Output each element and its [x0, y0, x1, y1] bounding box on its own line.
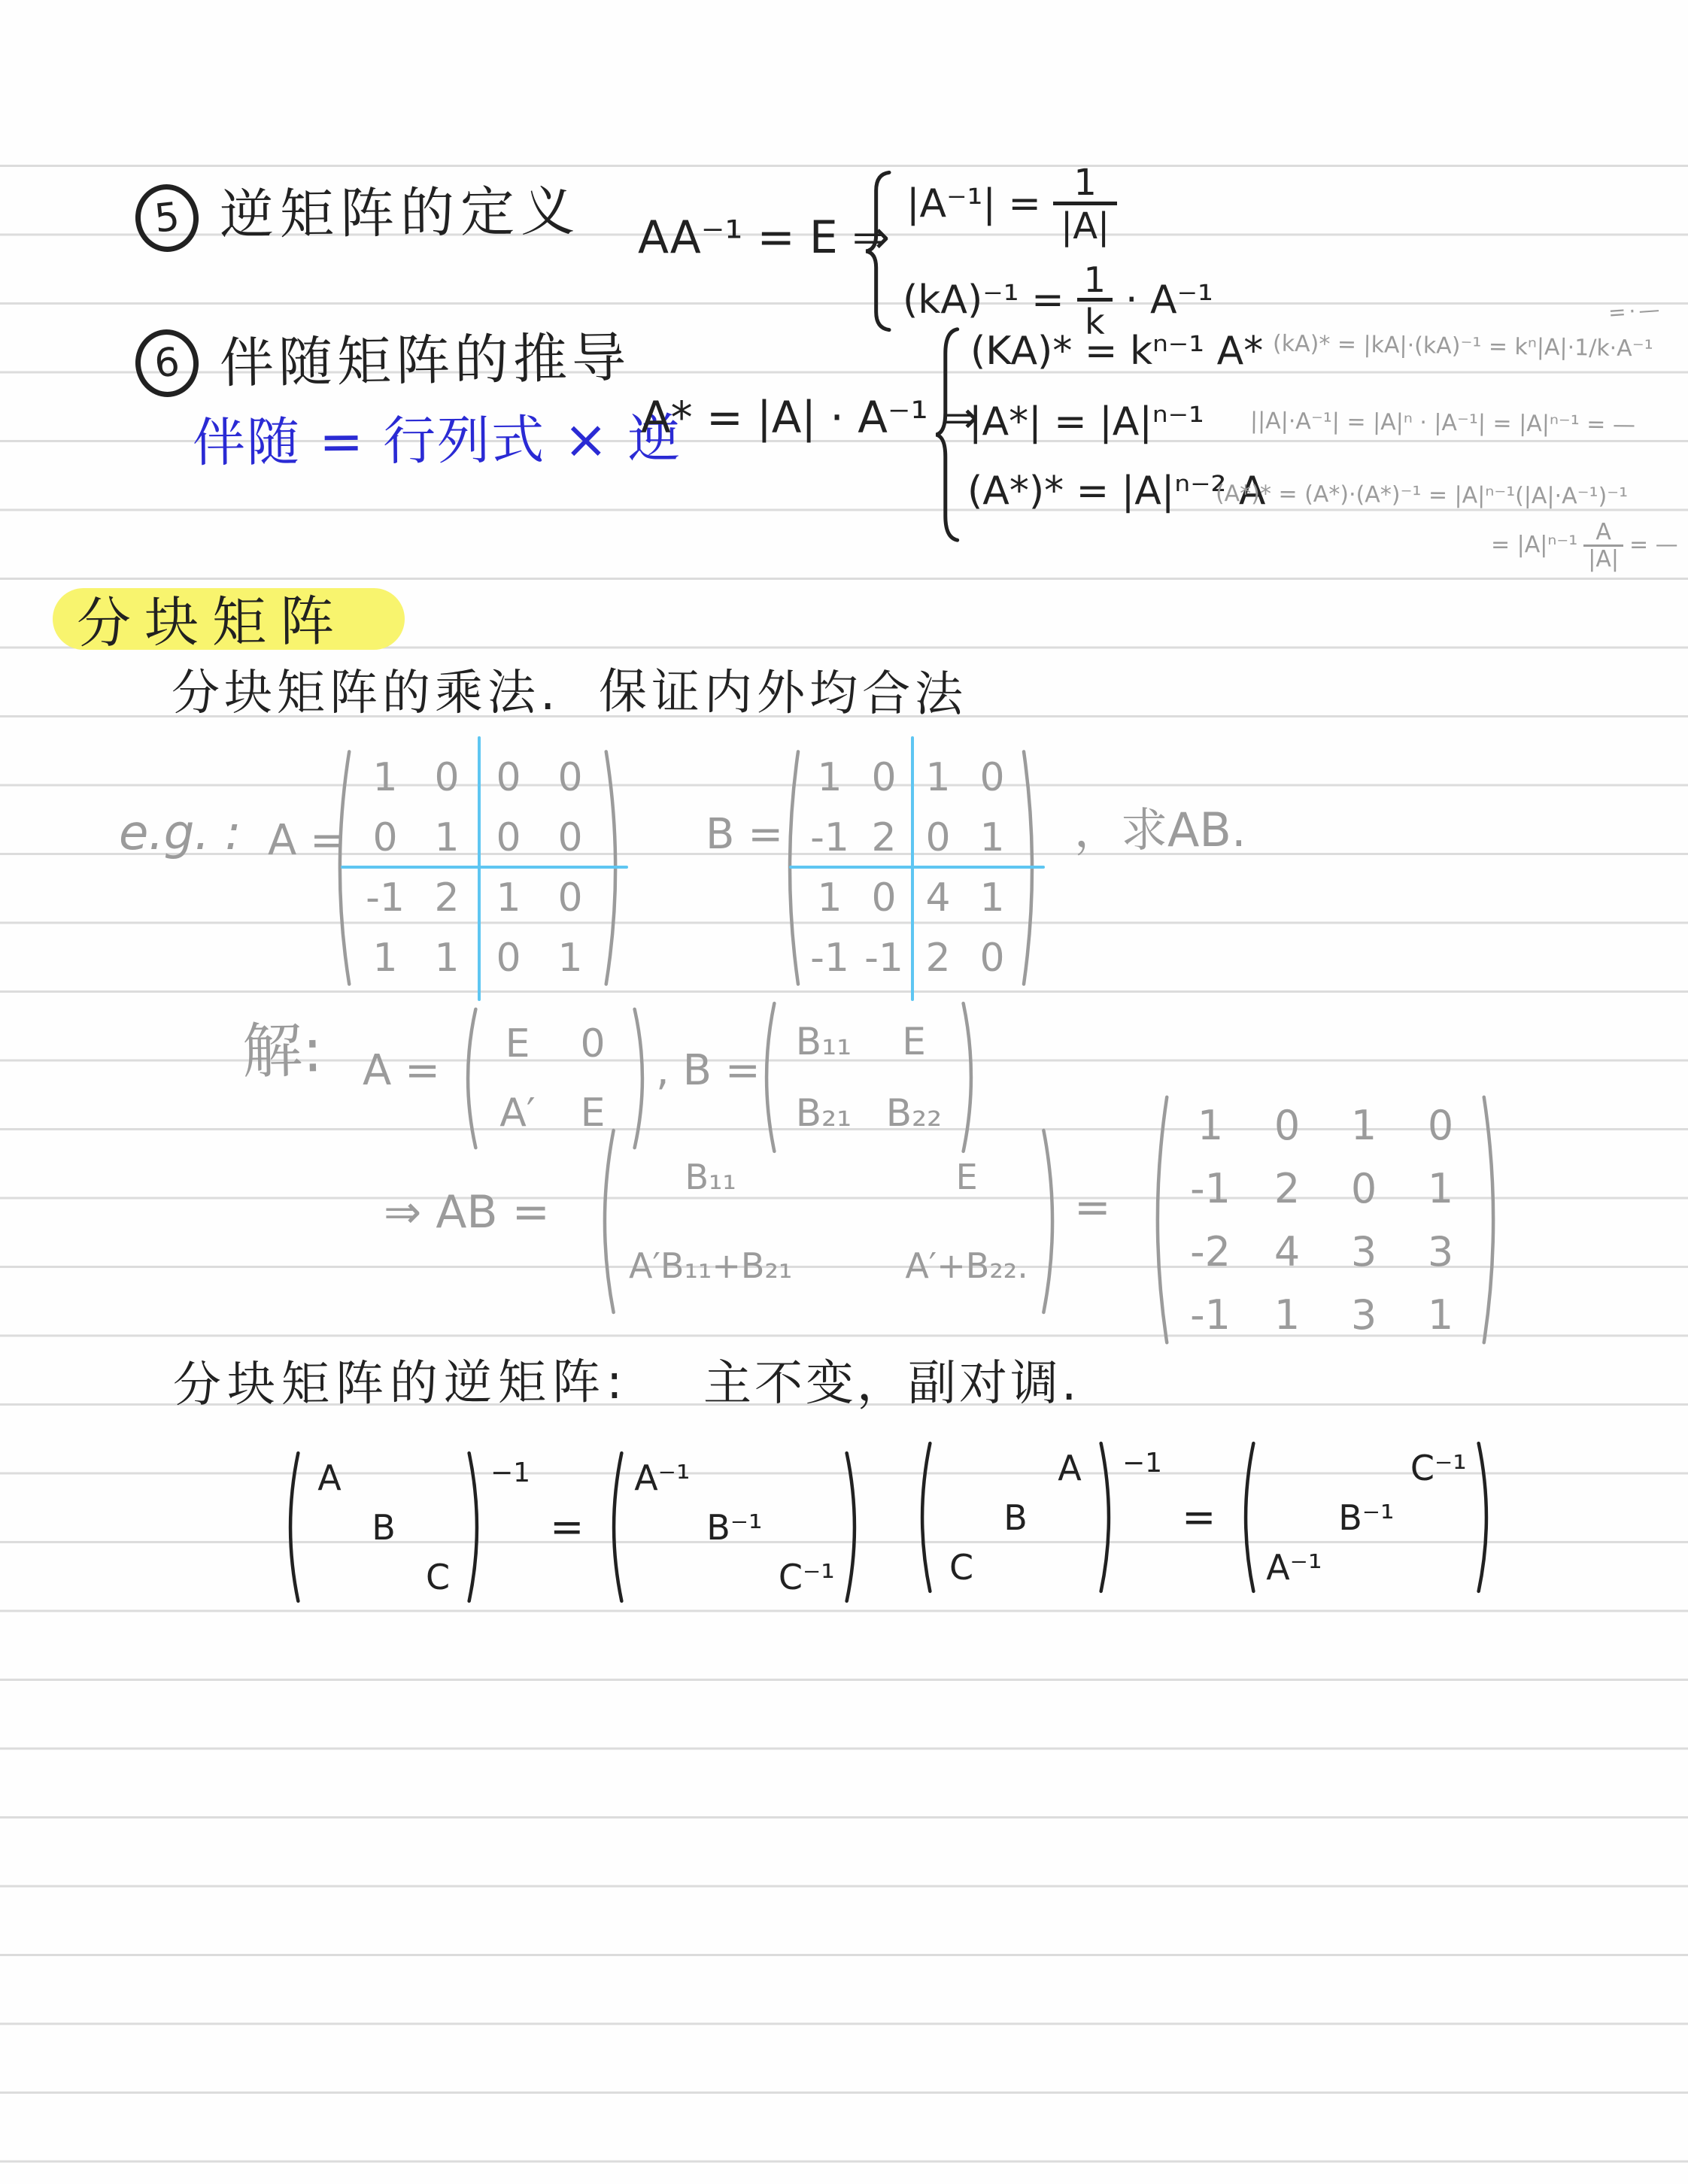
- matrix-cell: A′B₁₁+B₂₁: [629, 1245, 792, 1286]
- item6-title: 伴随矩阵的推导: [219, 326, 630, 394]
- item6-blue-annotation: 伴随 = 行列式 × 逆: [193, 408, 682, 473]
- matrix-cell: 1: [979, 875, 1004, 921]
- left-paren-icon: [593, 1127, 618, 1316]
- matrix-cell: 0: [496, 936, 521, 981]
- matrix-cell: 3: [1351, 1228, 1377, 1276]
- matrix-cell: 1: [1428, 1291, 1453, 1339]
- right-paren-icon: [842, 1450, 865, 1604]
- matrix-cell: B₁₁: [796, 1020, 852, 1063]
- matrix-cell: A⁻¹: [634, 1458, 690, 1498]
- matrix-cell: 0: [557, 815, 582, 860]
- inverse-diagonal-formula: ABC −1 = A⁻¹B⁻¹C⁻¹: [280, 1450, 865, 1604]
- matrix-cell: 0: [557, 875, 582, 921]
- pencil-derivation-note-1: (kA)* = |kA|·(kA)⁻¹ = kⁿ|A|·1/k·A⁻¹: [1273, 331, 1653, 362]
- matrix-cell: 1: [1351, 1102, 1377, 1149]
- block-multiply-label: 分块矩阵的乘法.: [172, 666, 560, 722]
- matrix-cell: 0: [557, 755, 582, 800]
- right-paren-icon: [1474, 1440, 1497, 1594]
- inverse-antidiagonal-formula: ABC −1 = C⁻¹B⁻¹A⁻¹: [912, 1440, 1497, 1594]
- matrix-cell: A: [317, 1458, 341, 1498]
- matrix-cell: 2: [871, 815, 896, 860]
- antidiag-matrix-grid: ABC: [934, 1443, 1097, 1592]
- matrix-cell: 1: [979, 815, 1004, 860]
- inverse-exponent: −1: [490, 1458, 530, 1488]
- margin-scribble: =·—: [1608, 298, 1663, 326]
- left-paren-icon: [1145, 1092, 1172, 1348]
- fraction-denominator: |A|: [1053, 202, 1117, 245]
- solve-label: 解:: [241, 1016, 323, 1087]
- left-paren-icon: [912, 1440, 934, 1594]
- matrix-cell: 1: [1428, 1165, 1453, 1212]
- item-number-6-circle: 6: [132, 326, 202, 400]
- diag-matrix-grid: ABC: [302, 1453, 465, 1602]
- matrix-cell: 0: [871, 875, 896, 921]
- matrix-cell: 2: [434, 875, 459, 921]
- item6-formula-lhs: A* = |A| · A⁻¹ ⇒: [641, 393, 979, 443]
- matrix-cell: B₁₁: [685, 1157, 736, 1197]
- equals-sign: =: [1074, 1182, 1111, 1233]
- right-paren-icon: [1479, 1092, 1506, 1348]
- matrix-b-label: B =: [706, 811, 783, 859]
- matrix-cell: C⁻¹: [779, 1557, 835, 1597]
- matrix-cell: C: [426, 1557, 450, 1597]
- matrix-cell: 0: [496, 755, 521, 800]
- matrix-cell: B⁻¹: [706, 1507, 762, 1548]
- matrix-cell: -1: [1190, 1291, 1231, 1339]
- matrix-cell: A⁻¹: [1266, 1547, 1322, 1588]
- matrix-cell: -1: [1190, 1165, 1231, 1212]
- matrix-cell: 0: [434, 755, 459, 800]
- block-a-label: A =: [363, 1047, 440, 1095]
- item-number-6: 6: [152, 339, 181, 387]
- matrix-cell: E: [956, 1157, 978, 1197]
- matrix-cell: 2: [925, 936, 950, 981]
- matrix-cell: C⁻¹: [1410, 1448, 1467, 1488]
- note-post: = —: [1629, 532, 1678, 559]
- case1-lhs: |A⁻¹| =: [906, 182, 1041, 227]
- matrix-cell: 1: [1274, 1291, 1300, 1339]
- matrix-b: 1010-12011041-1-120: [779, 747, 1043, 989]
- matrix-cell: 4: [925, 875, 950, 921]
- matrix-cell: A: [1058, 1448, 1081, 1488]
- diag-inverse-grid: A⁻¹B⁻¹C⁻¹: [626, 1453, 842, 1602]
- matrix-cell: -2: [1190, 1228, 1231, 1276]
- matrix-cell: 1: [817, 875, 842, 921]
- fraction-denominator: |A|: [1583, 544, 1623, 572]
- matrix-cell: E: [902, 1020, 926, 1063]
- item5-case1: |A⁻¹| = 1 |A|: [906, 164, 1117, 246]
- matrix-cell: B: [1003, 1497, 1028, 1538]
- item5-formula-lhs: AA⁻¹ = E ⇒: [638, 212, 890, 264]
- item-number-5-circle: 5: [132, 181, 202, 255]
- find-ab-label: ，求AB.: [1074, 803, 1246, 857]
- partition-line-horizontal: [341, 866, 628, 869]
- matrix-cell: 3: [1428, 1228, 1453, 1276]
- fraction-numerator: A: [1591, 520, 1616, 544]
- result-lhs: ⇒ AB =: [384, 1187, 550, 1239]
- fraction-numerator: 1: [1076, 262, 1113, 298]
- matrix-cell: 1: [496, 875, 521, 921]
- matrix-cell: 0: [979, 936, 1004, 981]
- matrix-ab-result: 1010-1201-2433-1131: [1145, 1092, 1506, 1348]
- matrix-cell: B: [372, 1507, 396, 1548]
- matrix-cell: 1: [925, 755, 950, 800]
- matrix-cell: 0: [1428, 1102, 1453, 1149]
- note-pre: = |A|ⁿ⁻¹: [1491, 532, 1577, 559]
- curly-brace-icon: [930, 325, 963, 544]
- pencil-derivation-note-2: ||A|·A⁻¹| = |A|ⁿ · |A⁻¹| = |A|ⁿ⁻¹ = —: [1250, 408, 1635, 438]
- block-inverse-note: 主不变，副对调.: [703, 1357, 1079, 1412]
- matrix-ab-result-grid: 1010-1201-2433-1131: [1172, 1094, 1479, 1346]
- matrix-cell: 2: [1274, 1165, 1300, 1212]
- fraction-numerator: 1: [1066, 164, 1104, 202]
- right-paren-icon: [1039, 1127, 1064, 1316]
- equals-sign: =: [1182, 1494, 1216, 1541]
- partition-line-horizontal: [789, 866, 1045, 869]
- pencil-derivation-note-3: (A*)* = (A*)·(A*)⁻¹ = |A|ⁿ⁻¹(|A|·A⁻¹)⁻¹: [1216, 481, 1628, 510]
- matrix-cell: A′: [499, 1090, 535, 1136]
- matrix-a: 10000100-12101101: [327, 747, 628, 989]
- pencil-derivation-note-4: = |A|ⁿ⁻¹ A |A| = —: [1491, 520, 1678, 571]
- matrix-cell: A′+B₂₂.: [905, 1245, 1028, 1286]
- partition-line-vertical: [911, 736, 914, 1001]
- item6-case-2: |A*| = |A|ⁿ⁻¹: [969, 400, 1204, 445]
- left-paren-icon: [1235, 1440, 1258, 1594]
- matrix-cell: 0: [925, 815, 950, 860]
- matrix-cell: 0: [372, 815, 397, 860]
- block-multiply-note: 保证内外均合法: [599, 665, 968, 723]
- left-paren-icon: [280, 1450, 302, 1604]
- antidiag-inverse-grid: C⁻¹B⁻¹A⁻¹: [1258, 1443, 1474, 1592]
- fraction-one-over-detA: 1 |A|: [1053, 164, 1117, 246]
- partition-line-vertical: [478, 736, 481, 1001]
- matrix-cell: 1: [1198, 1102, 1223, 1149]
- equals-sign: =: [550, 1503, 584, 1551]
- notebook-page: 5 逆矩阵的定义 AA⁻¹ = E ⇒ |A⁻¹| = 1 |A| (kA)⁻¹…: [0, 0, 1688, 2184]
- matrix-cell: 0: [871, 755, 896, 800]
- inverse-exponent: −1: [1122, 1448, 1162, 1479]
- block-b-label: , B =: [656, 1047, 761, 1095]
- curly-brace-icon: [859, 169, 895, 333]
- block-inverse-label: 分块矩阵的逆矩阵:: [173, 1355, 629, 1414]
- matrix-cell: 1: [557, 936, 582, 981]
- matrix-cell: 1: [372, 755, 397, 800]
- example-label: e.g. :: [119, 806, 241, 862]
- matrix-cell: C: [949, 1547, 973, 1588]
- case2-lhs: (kA)⁻¹ =: [903, 278, 1064, 323]
- matrix-cell: 0: [1274, 1102, 1300, 1149]
- block-matrix-ab-grid: B₁₁EA′B₁₁+B₂₁A′+B₂₂.: [618, 1133, 1039, 1310]
- item-number-5: 5: [152, 194, 181, 241]
- matrix-cell: -1: [366, 875, 405, 921]
- matrix-cell: -1: [810, 815, 849, 860]
- matrix-cell: 3: [1351, 1291, 1377, 1339]
- matrix-cell: 0: [979, 755, 1004, 800]
- fraction-A-over-detA: A |A|: [1583, 520, 1623, 571]
- right-paren-icon: [1097, 1440, 1119, 1594]
- matrix-cell: 1: [817, 755, 842, 800]
- case2-rhs: · A⁻¹: [1125, 278, 1213, 323]
- matrix-cell: 1: [434, 815, 459, 860]
- matrix-cell: 0: [496, 815, 521, 860]
- block-matrix-ab: B₁₁EA′B₁₁+B₂₁A′+B₂₂.: [593, 1127, 1064, 1316]
- matrix-cell: 1: [434, 936, 459, 981]
- item5-title: 逆矩阵的定义: [220, 180, 581, 246]
- left-paren-icon: [603, 1450, 626, 1604]
- right-paren-icon: [465, 1450, 487, 1604]
- item6-case-1: (KA)* = kⁿ⁻¹ A*: [970, 329, 1263, 375]
- matrix-cell: 1: [372, 936, 397, 981]
- matrix-cell: -1: [864, 936, 903, 981]
- matrix-cell: 0: [580, 1021, 605, 1066]
- matrix-cell: 4: [1274, 1228, 1300, 1276]
- left-paren-icon: [457, 1006, 480, 1151]
- matrix-cell: B⁻¹: [1338, 1497, 1394, 1538]
- section-title-block-matrix: 分块矩阵: [77, 590, 348, 654]
- matrix-cell: -1: [810, 936, 849, 981]
- matrix-cell: 0: [1351, 1165, 1377, 1212]
- matrix-cell: E: [505, 1021, 530, 1066]
